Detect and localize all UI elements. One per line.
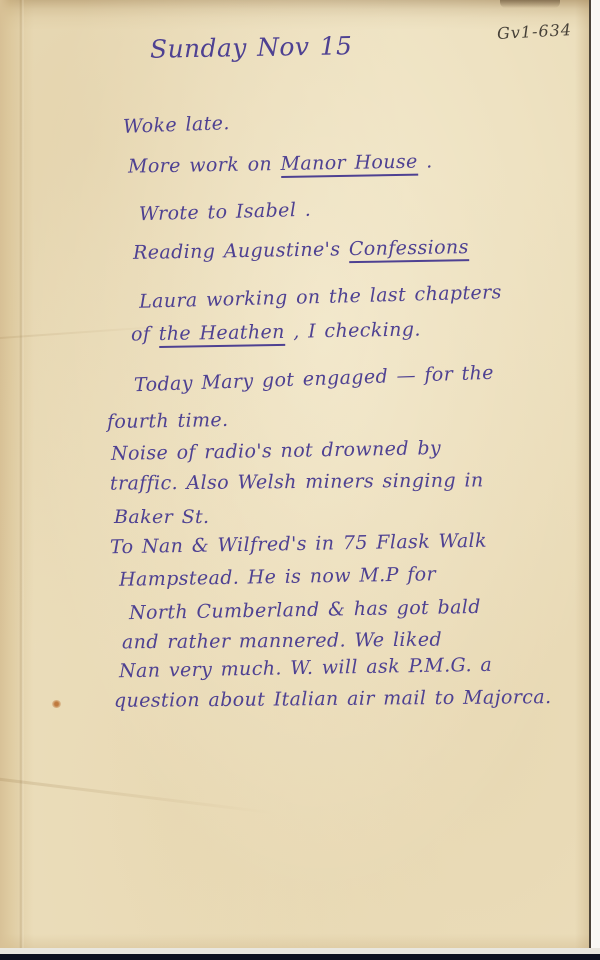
diary-line: Reading Augustine's Confessions [133,236,469,265]
text-segment: , I checking. [285,318,421,342]
scan-right-margin [593,0,600,960]
diary-line: Today Mary got engaged — for the [134,362,495,397]
diary-line: and rather mannered. We liked [122,629,442,655]
page-edge-shadow [500,0,560,8]
diary-line: Laura working on the last chapters [139,281,502,313]
text-segment: question about Italian air mail to Major… [114,686,552,712]
text-segment: fourth time. [107,409,229,433]
text-segment: Baker St. [114,506,209,528]
diary-heading: Sunday Nov 15 [150,31,353,64]
diary-line: Woke late. [123,112,231,139]
diary-line: Noise of radio's not drowned by [111,437,441,466]
text-segment: Today Mary got engaged — for the [134,362,495,397]
paper-crease [0,774,309,818]
diary-page: Gv1-634 Sunday Nov 15 Woke late.More wor… [0,0,591,950]
diary-line: To Nan & Wilfred's in 75 Flask Walk [110,530,487,559]
diary-line: Baker St. [114,506,209,529]
diary-line: North Cumberland & has got bald [129,596,481,625]
diary-line: Hampstead. He is now M.P for [119,563,436,591]
scan-bottom-dark-strip [0,954,600,960]
diary-line: traffic. Also Welsh miners singing in [110,469,484,495]
underlined-phrase: Manor House [280,151,418,178]
underlined-phrase: the Heathen [159,321,285,348]
text-segment: Noise of radio's not drowned by [111,437,441,465]
text-segment: More work on [128,153,281,178]
text-segment: North Cumberland & has got bald [129,596,481,624]
paper-fold-crease [19,0,24,950]
diary-line: fourth time. [107,409,229,434]
text-segment: Laura working on the last chapters [139,281,502,312]
text-segment: and rather mannered. We liked [122,629,442,654]
text-segment: traffic. Also Welsh miners singing in [110,469,484,494]
text-segment: Wrote to Isabel . [139,199,312,225]
diary-line: question about Italian air mail to Major… [114,686,552,713]
text-segment: . [418,150,433,172]
diary-line: of the Heathen , I checking. [131,318,421,346]
diary-scan: Gv1-634 Sunday Nov 15 Woke late.More wor… [0,0,600,960]
text-segment: Woke late. [123,112,231,138]
text-segment: Reading Augustine's [133,238,349,264]
text-segment: Nan very much. W. will ask P.M.G. a [119,654,492,683]
foxing-spot [52,700,61,708]
text-segment: Hampstead. He is now M.P for [119,563,436,591]
diary-line: Wrote to Isabel . [139,199,312,226]
text-segment: of [131,323,159,345]
underlined-phrase: Confessions [349,236,469,263]
diary-line: More work on Manor House . [128,150,433,178]
diary-line: Nan very much. W. will ask P.M.G. a [119,654,492,683]
catalog-number: Gv1-634 [497,20,573,43]
text-segment: To Nan & Wilfred's in 75 Flask Walk [110,530,487,559]
